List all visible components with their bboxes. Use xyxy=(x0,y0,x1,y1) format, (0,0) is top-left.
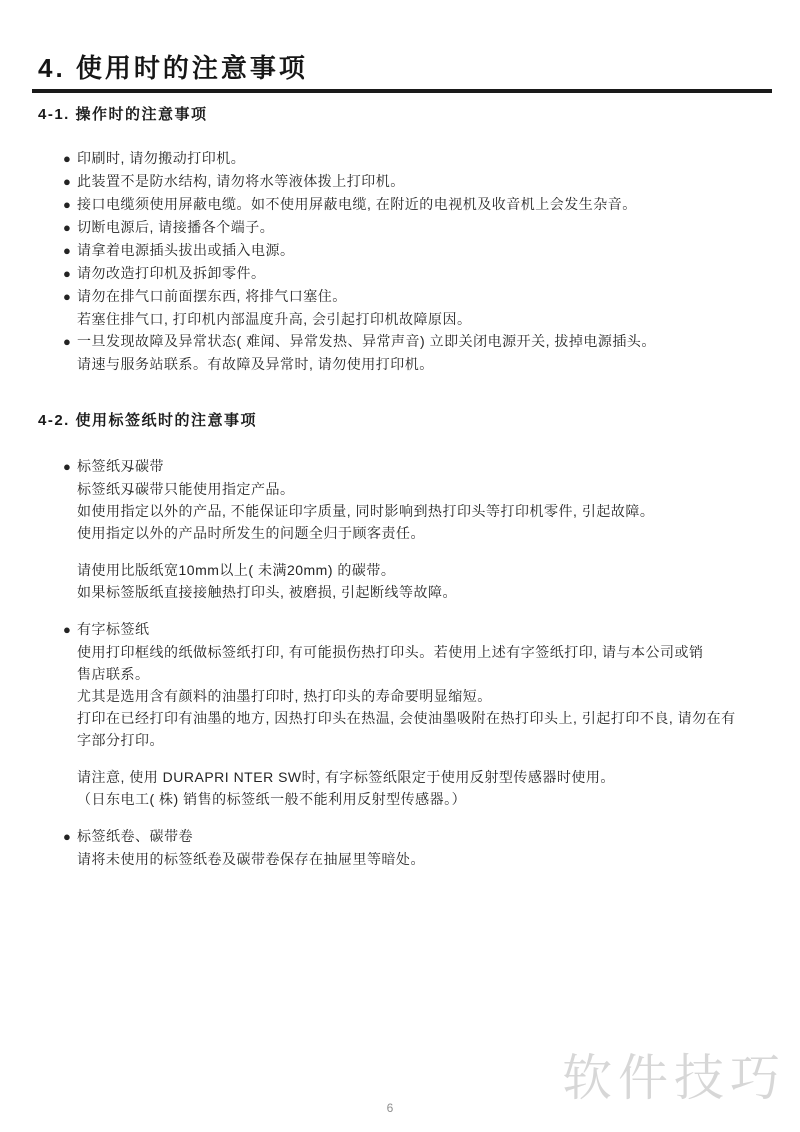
list-item-continuation: 使用打印框线的纸做标签纸打印, 有可能损伤热打印头。若使用上述有字签纸打印, 请… xyxy=(63,641,800,663)
bullet-icon: ● xyxy=(63,194,77,216)
list-item-text: 印刷时, 请勿搬动打印机。 xyxy=(77,150,245,166)
list-item: ●标签纸卷、碳带卷 xyxy=(63,825,800,848)
list-item-text: 接口电缆须使用屏蔽电缆。如不使用屏蔽电缆, 在附近的电视机及收音机上会发生杂音。 xyxy=(77,196,637,212)
watermark: 软件技巧 xyxy=(562,1038,786,1110)
list-item-continuation: 如果标签版纸直接接触热打印头, 被磨损, 引起断线等故障。 xyxy=(63,581,800,603)
list-item: ●有字标签纸 xyxy=(63,618,800,641)
list-item-text: 标签纸卷、碳带卷 xyxy=(77,828,193,844)
list-item-text: 请勿在排气口前面摆东西, 将排气口塞住。 xyxy=(77,288,347,304)
list-item-text: 切断电源后, 请接播各个端子。 xyxy=(77,219,274,235)
section-4-2-body: ●标签纸刄碳带 标签纸刄碳带只能使用指定产品。 如使用指定以外的产品, 不能保证… xyxy=(63,455,800,870)
section-heading-4-1: 4-1. 操作时的注意事项 xyxy=(38,105,800,125)
bullet-icon: ● xyxy=(63,826,77,848)
list-item-text: 有字标签纸 xyxy=(77,621,150,637)
list-item-continuation: 售店联系。 xyxy=(63,663,800,685)
list-item-continuation: 使用指定以外的产品时所发生的问题全归于顾客责任。 xyxy=(63,522,800,544)
list-item-continuation: 若塞住排气口, 打印机内部温度升高, 会引起打印机故障原因。 xyxy=(63,308,800,330)
list-item-continuation: 请使用比版纸宽10mm以上( 未满20mm) 的碳带。 xyxy=(63,559,800,581)
bullet-icon: ● xyxy=(63,456,77,478)
list-item-text: 标签纸刄碳带 xyxy=(77,458,164,474)
list-item: ●印刷时, 请勿搬动打印机。 xyxy=(63,147,800,170)
bullet-icon: ● xyxy=(63,331,77,353)
page-number: 6 xyxy=(0,1101,780,1115)
list-item: ●请勿改造打印机及拆卸零件。 xyxy=(63,262,800,285)
list-item-text: 请勿改造打印机及拆卸零件。 xyxy=(77,265,266,281)
bullet-icon: ● xyxy=(63,240,77,262)
list-item-continuation: 请速与服务站联系。有故障及异常时, 请勿使用打印机。 xyxy=(63,353,800,375)
list-item: ●请拿着电源插头拔出或插入电源。 xyxy=(63,239,800,262)
list-item-continuation: 请注意, 使用 DURAPRI NTER SW时, 有字标签纸限定于使用反射型传… xyxy=(63,766,800,788)
list-item-continuation: 如使用指定以外的产品, 不能保证印字质量, 同时影响到热打印头等打印机零件, 引… xyxy=(63,500,800,522)
list-item-text: 此装置不是防水结构, 请勿将水等液体拨上打印机。 xyxy=(77,173,405,189)
page-title: 4. 使用时的注意事项 xyxy=(32,52,772,93)
list-item: ●标签纸刄碳带 xyxy=(63,455,800,478)
manual-page: 4. 使用时的注意事项 4-1. 操作时的注意事项 ●印刷时, 请勿搬动打印机。… xyxy=(0,0,800,1132)
section-heading-4-2: 4-2. 使用标签纸时的注意事项 xyxy=(38,411,800,431)
bullet-icon: ● xyxy=(63,263,77,285)
list-item-continuation: 打印在已经打印有油墨的地方, 因热打印头在热温, 会使油墨吸附在热打印头上, 引… xyxy=(63,707,800,729)
list-item-continuation: 尤其是选用含有颜料的油墨打印时, 热打印头的寿命要明显缩短。 xyxy=(63,685,800,707)
list-item-continuation: 字部分打印。 xyxy=(63,729,800,751)
list-item: ●此装置不是防水结构, 请勿将水等液体拨上打印机。 xyxy=(63,170,800,193)
list-item: ●一旦发现故障及异常状态( 难闻、异常发热、异常声音) 立即关闭电源开关, 拔掉… xyxy=(63,330,800,353)
list-item-continuation: 请将未使用的标签纸卷及碳带卷保存在抽屉里等暗处。 xyxy=(63,848,800,870)
list-item-continuation: 标签纸刄碳带只能使用指定产品。 xyxy=(63,478,800,500)
list-item-text: 一旦发现故障及异常状态( 难闻、异常发热、异常声音) 立即关闭电源开关, 拔掉电… xyxy=(77,333,656,349)
list-item: ●接口电缆须使用屏蔽电缆。如不使用屏蔽电缆, 在附近的电视机及收音机上会发生杂音… xyxy=(63,193,800,216)
bullet-icon: ● xyxy=(63,217,77,239)
bullet-icon: ● xyxy=(63,148,77,170)
list-item: ●请勿在排气口前面摆东西, 将排气口塞住。 xyxy=(63,285,800,308)
bullet-icon: ● xyxy=(63,286,77,308)
list-item-continuation: （日东电工( 株) 销售的标签纸一般不能利用反射型传感器。） xyxy=(63,788,800,810)
list-item-text: 请拿着电源插头拔出或插入电源。 xyxy=(77,242,295,258)
list-item: ●切断电源后, 请接播各个端子。 xyxy=(63,216,800,239)
bullet-icon: ● xyxy=(63,171,77,193)
section-4-1-body: ●印刷时, 请勿搬动打印机。 ●此装置不是防水结构, 请勿将水等液体拨上打印机。… xyxy=(63,147,800,375)
bullet-icon: ● xyxy=(63,619,77,641)
